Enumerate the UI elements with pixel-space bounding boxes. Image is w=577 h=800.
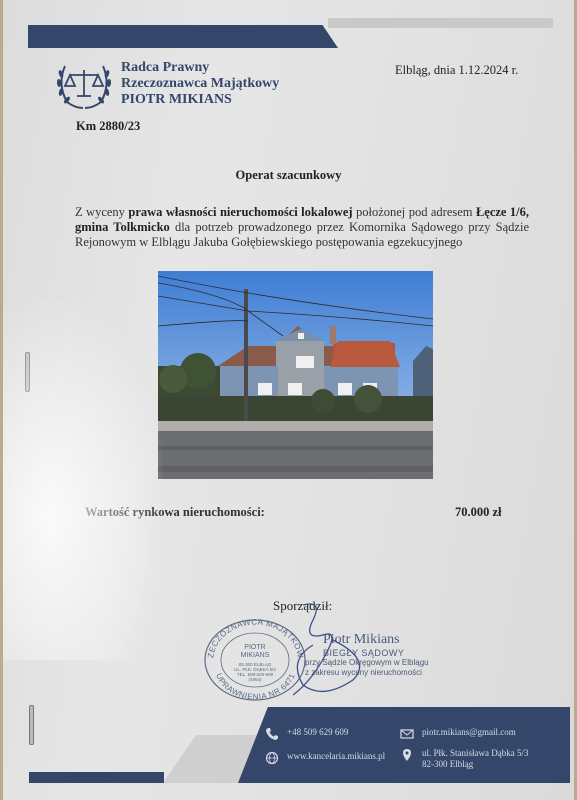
email-address: piotr.mikians@gmail.com: [422, 727, 516, 738]
stamp-name1: PIOTR: [244, 644, 265, 651]
phone-number: +48 509 629 609: [287, 727, 348, 738]
contact-footer: [238, 707, 570, 783]
document-page: Radca Prawny Rzeczoznawca Majątkowy PIOT…: [3, 0, 574, 800]
signer-scope: z zakresu wyceny nieruchomości: [305, 668, 429, 678]
intro-text: Z wyceny: [75, 205, 128, 219]
brand-subtitle: Rzeczoznawca Majątkowy: [121, 76, 279, 92]
place-date: Elbląg, dnia 1.12.2024 r.: [395, 63, 518, 78]
signature-block: Piotr Mikians BIEGŁY SĄDOWY przy Sądzie …: [303, 632, 429, 678]
location-pin-icon: [400, 748, 414, 762]
website-url: www.kancelaria.mikians.pl: [287, 751, 385, 762]
market-value-amount: 70.000 zł: [455, 505, 502, 520]
intro-paragraph: Z wyceny prawa własności nieruchomości l…: [75, 205, 529, 250]
globe-icon: [265, 751, 279, 765]
signer-name: Piotr Mikians: [323, 632, 429, 648]
footer-decor-band: [29, 772, 164, 783]
market-value-label: Wartość rynkowa nieruchomości:: [85, 505, 265, 520]
staple: [25, 352, 30, 392]
official-stamp: RZECZOZNAWCA MAJĄTKOWY UPRAWNIENIA NR 64…: [203, 617, 308, 702]
document-title-text: Operat szacunkowy: [236, 168, 342, 182]
brand-block: Radca Prawny Rzeczoznawca Majątkowy PIOT…: [121, 60, 279, 108]
footer-email[interactable]: piotr.mikians@gmail.com: [400, 727, 516, 741]
phone-icon: [265, 727, 279, 741]
signer-role: BIEGŁY SĄDOWY: [323, 648, 429, 658]
stamp-name2: MIKIANS: [241, 652, 270, 659]
address-text: ul. Płk. Stanisława Dąbka 5/3 82-300 Elb…: [422, 748, 529, 770]
brand-title: Radca Prawny: [121, 60, 279, 76]
brand-name: PIOTR MIKIANS: [121, 92, 279, 108]
signer-court: przy Sądzie Okręgowym w Elblągu: [305, 658, 429, 668]
header-decor-grey-band: [328, 18, 553, 28]
address-line2: 82-300 Elbląg: [422, 759, 473, 769]
stamp-code: (4964): [248, 677, 262, 682]
envelope-icon: [400, 727, 414, 741]
footer-address: ul. Płk. Stanisława Dąbka 5/3 82-300 Elb…: [400, 748, 529, 770]
footer-phone[interactable]: +48 509 629 609: [265, 727, 348, 741]
header-decor-band: [28, 25, 338, 48]
intro-bold-right: prawa własności nieruchomości lokalowej: [128, 205, 352, 219]
staple: [29, 705, 34, 745]
property-photo: [158, 271, 433, 479]
address-line1: ul. Płk. Stanisława Dąbka 5/3: [422, 748, 529, 758]
case-number: Km 2880/23: [76, 119, 140, 134]
prepared-by-label: Sporządził:: [273, 598, 332, 614]
intro-text: położonej pod adresem: [353, 205, 476, 219]
scales-of-justice-laurel-icon: [55, 58, 113, 110]
footer-website[interactable]: www.kancelaria.mikians.pl: [265, 751, 385, 765]
document-title: Operat szacunkowy: [3, 168, 574, 183]
